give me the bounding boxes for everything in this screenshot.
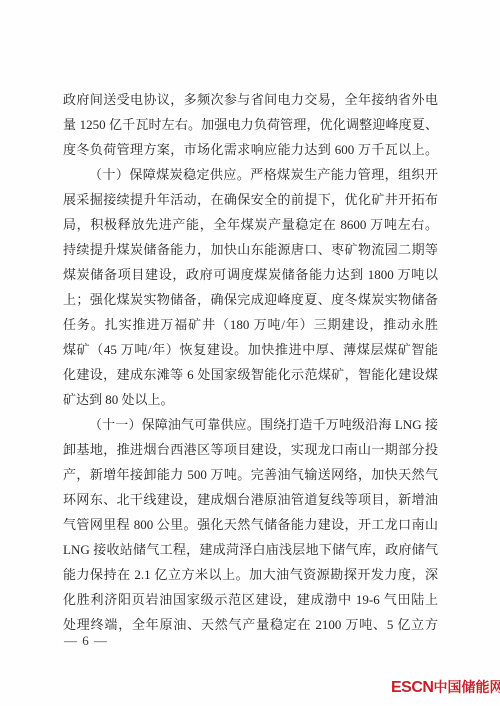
text-line: 处理终端，全年原油、天然气产量稳定在 2100 万吨、5 亿立方 bbox=[63, 612, 438, 637]
text-line: 展采掘接续提升年活动，在确保安全的前提下，优化矿井开拓布 bbox=[63, 187, 438, 212]
text-line: 持续提升煤炭储备能力，加快山东能源唐口、枣矿物流园二期等 bbox=[63, 237, 438, 262]
escn-logo-text-zh: 中国储能网 bbox=[433, 680, 500, 696]
text-line: 化胜利济阳页岩油国家级示范区建设，建成渤中 19-6 气田陆上 bbox=[63, 587, 438, 612]
text-line: 局，积极释放先进产能，全年煤炭产量稳定在 8600 万吨左右。 bbox=[63, 212, 438, 237]
text-line: 产，新增年接卸能力 500 万吨。完善油气输送网络，加快天然气 bbox=[63, 462, 438, 487]
text-line: 矿达到 80 处以上。 bbox=[63, 387, 438, 412]
escn-logo: ESCN中国储能网 bbox=[391, 678, 500, 698]
text-line: 卸基地，推进烟台西港区等项目建设，实现龙口南山一期部分投 bbox=[63, 437, 438, 462]
text-line: 气管网里程 800 公里。强化天然气储备能力建设，开工龙口南山 bbox=[63, 512, 438, 537]
text-line: （十一）保障油气可靠供应。围绕打造千万吨级沿海 LNG 接 bbox=[63, 412, 438, 437]
page-number: — 6 — bbox=[64, 632, 108, 650]
text-line: LNG 接收站储气工程，建成菏泽白庙浅层地下储气库，政府储气 bbox=[63, 537, 438, 562]
text-line: 煤炭储备项目建设，政府可调度煤炭储备能力达到 1800 万吨以 bbox=[63, 262, 438, 287]
text-line: 环网东、北干线建设，建成烟台港原油管道复线等项目，新增油 bbox=[63, 487, 438, 512]
text-line: （十）保障煤炭稳定供应。严格煤炭生产能力管理，组织开 bbox=[63, 162, 438, 187]
text-line: 政府间送受电协议，多频次参与省间电力交易，全年接纳省外电 bbox=[63, 87, 438, 112]
document-page: 政府间送受电协议，多频次参与省间电力交易，全年接纳省外电量 1250 亿千瓦时左… bbox=[0, 0, 500, 706]
text-line: 量 1250 亿千瓦时左右。加强电力负荷管理，优化调整迎峰度夏、 bbox=[63, 112, 438, 137]
escn-logo-text-en: ESCN bbox=[391, 679, 433, 696]
text-line: 度冬负荷管理方案，市场化需求响应能力达到 600 万千瓦以上。 bbox=[63, 137, 438, 162]
text-line: 化建设，建成东滩等 6 处国家级智能化示范煤矿，智能化建设煤 bbox=[63, 362, 438, 387]
text-line: 煤矿（45 万吨/年）恢复建设。加快推进中厚、薄煤层煤矿智能 bbox=[63, 337, 438, 362]
text-line: 能力保持在 2.1 亿立方米以上。加大油气资源勘探开发力度，深 bbox=[63, 562, 438, 587]
text-line: 任务。扎实推进万福矿井（180 万吨/年）三期建设，推动永胜 bbox=[63, 312, 438, 337]
body-text: 政府间送受电协议，多频次参与省间电力交易，全年接纳省外电量 1250 亿千瓦时左… bbox=[63, 87, 438, 637]
text-line: 上；强化煤炭实物储备，确保完成迎峰度夏、度冬煤炭实物储备 bbox=[63, 287, 438, 312]
